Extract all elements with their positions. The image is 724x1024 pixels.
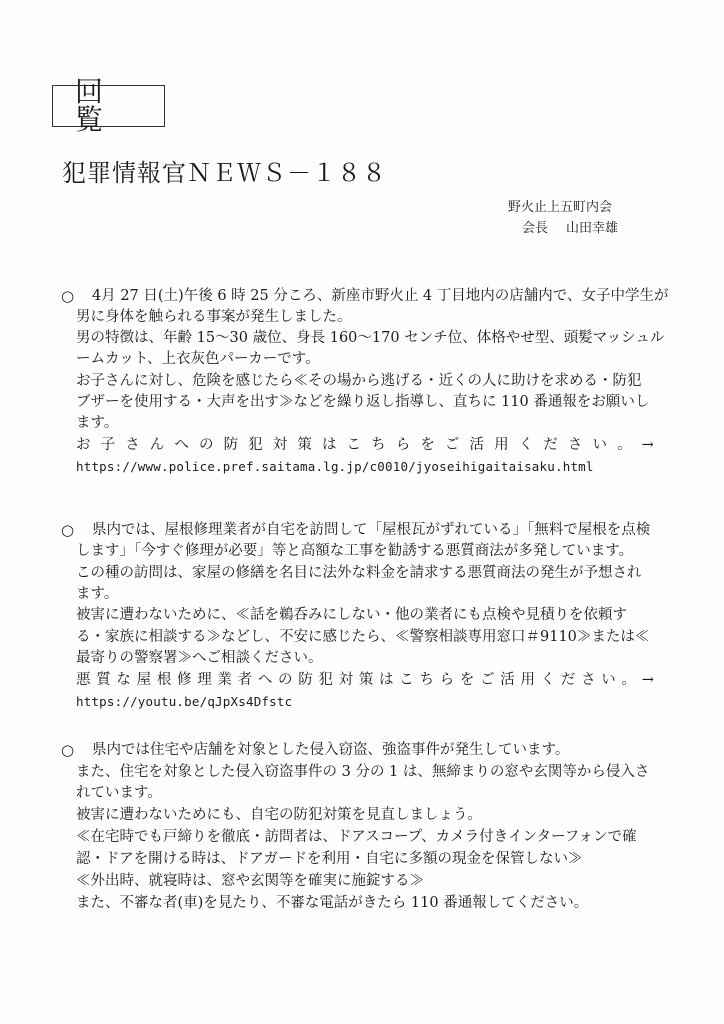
section-2-line-2: します」「今すぐ修理が必要」等と高額な工事を勧誘する悪質商法が多発しています。	[76, 541, 633, 561]
section-3-line-2: また、住宅を対象とした侵入窃盗事件の 3 分の 1 は、無締まりの窓や玄関等から…	[76, 762, 649, 782]
section-1-line-4: ームカット、上衣灰色パーカーです。	[76, 349, 320, 369]
section-3-line-8: また、不審な者(車)を見たり、不審な電話がきたら 110 番通報してください。	[76, 893, 588, 913]
section-1-line-6: ブザーを使用する・大声を出す≫などを繰り返し指導し、直ちに 110 番通報をお願…	[76, 392, 649, 412]
section-1-line-7: ます。	[76, 413, 118, 433]
section-1-url-link[interactable]: https://www.police.pref.saitama.lg.jp/c0…	[76, 457, 594, 477]
president-signature: 会長山田幸雄	[522, 220, 618, 238]
section-2-line-5: 被害に遭わないために、≪話を鵜呑みにしない・他の業者にも点検や見積りを依頼す	[76, 605, 627, 625]
section-2-line-1: 県内では、屋根修理業者が自宅を訪問して「屋根瓦がずれている」「無料で屋根を点検	[92, 520, 650, 540]
organization-name: 野火止上五町内会	[508, 199, 612, 217]
section-3-line-3: れています。	[76, 783, 162, 803]
section-2-line-7: 最寄りの警察署≫へご相談ください。	[76, 648, 323, 668]
section-3-line-7: ≪外出時、就寝時は、窓や玄関等を確実に施錠する≫	[76, 871, 424, 891]
kairan-label: 回 覧	[75, 78, 164, 134]
arrow-right-icon: →	[642, 670, 654, 690]
bullet-circle-icon: ○	[61, 286, 74, 306]
section-2-url-link[interactable]: https://youtu.be/qJpXs4Dfstc	[76, 692, 292, 712]
section-1-line-3: 男の特徴は、年齢 15～30 歳位、身長 160～170 センチ位、体格やせ型、…	[76, 328, 664, 348]
section-3-line-6: 認・ドアを開ける時は、ドアガードを利用・自宅に多額の現金を保管しない≫	[76, 849, 582, 869]
section-1-line-1: 4月 27 日(土)午後 6 時 25 分ころ、新座市野火止 4 丁目地内の店舗…	[92, 286, 668, 306]
bullet-circle-icon: ○	[61, 740, 74, 760]
section-3-line-5: ≪在宅時でも戸締りを徹底・訪問者は、ドアスコープ、カメラ付きインターフォンで確	[76, 827, 637, 847]
bullet-circle-icon: ○	[61, 520, 74, 540]
section-3-line-4: 被害に遭わないためにも、自宅の防犯対策を見直しましょう。	[76, 805, 482, 825]
circular-notice-page: 回 覧 犯罪情報官ＮＥＷＳ－１８８ 野火止上五町内会 会長山田幸雄 ○ 4月 2…	[0, 0, 724, 1024]
section-1-line-2: 男に身体を触られる事案が発生しました。	[76, 307, 352, 327]
president-name: 山田幸雄	[566, 221, 618, 236]
kairan-label-box: 回 覧	[52, 85, 165, 127]
page-title: 犯罪情報官ＮＥＷＳ－１８８	[62, 158, 387, 188]
president-role: 会長	[522, 221, 548, 236]
section-1-line-5: お子さんに対し、危険を感じたら≪その場から逃げる・近くの人に助けを求める・防犯	[76, 371, 642, 391]
section-2-line-3: この種の訪問は、家屋の修繕を名目に法外な料金を請求する悪質商法の発生が予想され	[76, 563, 642, 583]
section-2-link-intro: 悪質な屋根修理業者への防犯対策はこちらをご活用ください。→	[76, 670, 654, 690]
section-2-line-4: ます。	[76, 584, 118, 604]
section-3-line-1: 県内では住宅や店舗を対象とした侵入窃盗、強盗事件が発生しています。	[92, 740, 569, 760]
section-2-line-6: る・家族に相談する≫などし、不安に感じたら、≪警察相談専用窓口＃9110≫または…	[76, 627, 649, 647]
arrow-right-icon: →	[642, 435, 654, 455]
section-1-link-intro: お子さんへの防犯対策はこちらをご活用ください。→	[76, 435, 654, 455]
